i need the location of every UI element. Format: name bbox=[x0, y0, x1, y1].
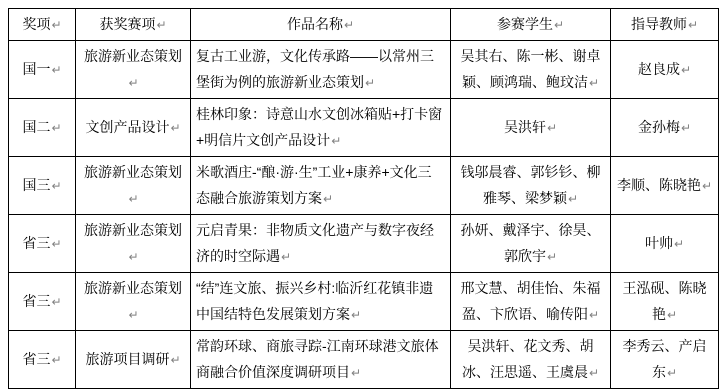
paragraph-mark-icon: ↵ bbox=[589, 76, 599, 90]
cell-work: 桂林印象：诗意山水文创冰箱贴+打卡窗+明信片文创产品设计↵ bbox=[191, 99, 451, 157]
cell-award: 省三↵ bbox=[9, 273, 76, 331]
cell-work: “结”连文旅、振兴乡村:临沂红花镇非遗中国结特色发展策划方案↵ bbox=[191, 273, 451, 331]
cell-event: 旅游新业态策划↵ bbox=[76, 215, 191, 273]
cell-students: 吴洪轩、花文秀、胡冰、汪思遥、王虞晨↵ bbox=[451, 331, 611, 366]
paragraph-mark-icon: ↵ bbox=[351, 308, 361, 322]
cell-students: 孙妍、戴泽宇、徐昊、郭欣宇↵ bbox=[451, 215, 611, 273]
award-text: 省三 bbox=[22, 293, 50, 309]
cell-teachers: 李秀云、产启东↵ bbox=[611, 331, 719, 366]
cell-work: 元启青果：非物质文化遗产与数字夜经济的时空际遇↵ bbox=[191, 215, 451, 273]
paragraph-mark-icon: ↵ bbox=[365, 76, 375, 90]
students-text: 钱邬晨睿、郭钐钐、柳雅琴、梁梦颖 bbox=[461, 164, 601, 206]
teachers-text: 王泓砚、陈晓艳 bbox=[623, 280, 707, 322]
teachers-text: 赵良成 bbox=[638, 61, 680, 77]
cell-teachers: 李顺、陈晓艳↵ bbox=[611, 157, 719, 215]
paragraph-mark-icon: ↵ bbox=[170, 121, 180, 135]
work-text: 常韵环球、商旅寻踪-江南环球港文旅体商融合价值深度调研项目 bbox=[196, 338, 439, 365]
header-label: 参赛学生 bbox=[497, 16, 553, 32]
table-row: 省三↵ 旅游新业态策划↵ “结”连文旅、振兴乡村:临沂红花镇非遗中国结特色发展策… bbox=[9, 273, 719, 331]
cell-teachers: 赵良成↵ bbox=[611, 41, 719, 99]
work-text: 桂林印象：诗意山水文创冰箱贴+打卡窗+明信片文创产品设计 bbox=[196, 106, 442, 148]
cell-award: 省三↵ bbox=[9, 331, 76, 366]
paragraph-mark-icon: ↵ bbox=[331, 134, 341, 148]
award-text: 国二 bbox=[22, 119, 50, 135]
header-cell-event: 获奖赛项↵ bbox=[76, 9, 191, 41]
cell-students: 钱邬晨睿、郭钐钐、柳雅琴、梁梦颖↵ bbox=[451, 157, 611, 215]
students-text: 吴洪轩、花文秀、胡冰、汪思遥、王虞晨 bbox=[462, 338, 594, 365]
cell-award: 国三↵ bbox=[9, 157, 76, 215]
paragraph-mark-icon: ↵ bbox=[51, 18, 61, 32]
teachers-text: 李秀云、产启东 bbox=[623, 338, 707, 365]
cell-teachers: 金孙梅↵ bbox=[611, 99, 719, 157]
cell-students: 吴洪轩↵ bbox=[451, 99, 611, 157]
paragraph-mark-icon: ↵ bbox=[681, 63, 691, 77]
table-row: 国二↵ 文创产品设计↵ 桂林印象：诗意山水文创冰箱贴+打卡窗+明信片文创产品设计… bbox=[9, 99, 719, 157]
students-text: 吴其右、陈一彬、谢卓颖、顾鸿瑞、鲍玟洁 bbox=[461, 48, 601, 90]
header-cell-students: 参赛学生↵ bbox=[451, 9, 611, 41]
students-text: 邢文慧、胡佳怡、朱福盈、卞欣语、喻传阳 bbox=[461, 280, 601, 322]
paragraph-mark-icon: ↵ bbox=[547, 250, 557, 264]
paragraph-mark-icon: ↵ bbox=[568, 192, 578, 206]
paragraph-mark-icon: ↵ bbox=[128, 192, 138, 206]
paragraph-mark-icon: ↵ bbox=[554, 18, 564, 32]
paragraph-mark-icon: ↵ bbox=[688, 18, 698, 32]
header-label: 奖项 bbox=[22, 16, 50, 32]
students-text: 孙妍、戴泽宇、徐昊、郭欣宇 bbox=[461, 222, 601, 264]
paragraph-mark-icon: ↵ bbox=[702, 179, 712, 193]
cell-teachers: 王泓砚、陈晓艳↵ bbox=[611, 273, 719, 331]
cell-work: 复古工业游，文化传承路——以常州三堡街为例的旅游新业态策划↵ bbox=[191, 41, 451, 99]
paragraph-mark-icon: ↵ bbox=[51, 121, 61, 135]
award-text: 省三 bbox=[22, 235, 50, 251]
paragraph-mark-icon: ↵ bbox=[128, 76, 138, 90]
cell-award: 国二↵ bbox=[9, 99, 76, 157]
event-text: 旅游新业态策划 bbox=[84, 164, 182, 180]
students-text: 吴洪轩 bbox=[504, 119, 546, 135]
work-text: 元启青果：非物质文化遗产与数字夜经济的时空际遇 bbox=[196, 222, 434, 264]
paragraph-mark-icon: ↵ bbox=[667, 308, 677, 322]
paragraph-mark-icon: ↵ bbox=[344, 18, 354, 32]
paragraph-mark-icon: ↵ bbox=[128, 308, 138, 322]
header-cell-work: 作品名称↵ bbox=[191, 9, 451, 41]
cell-work: 米歌酒庄-“酿·游·生”工业+康养+文化三态融合旅游策划方案↵ bbox=[191, 157, 451, 215]
header-label: 获奖赛项 bbox=[99, 16, 155, 32]
paragraph-mark-icon: ↵ bbox=[51, 295, 61, 309]
event-text: 旅游新业态策划 bbox=[84, 280, 182, 296]
awards-table: 奖项↵ 获奖赛项↵ 作品名称↵ 参赛学生↵ 指导教师↵ 国一↵ 旅游新业态策划↵… bbox=[8, 8, 719, 365]
event-text: 旅游新业态策划 bbox=[84, 222, 182, 238]
cell-work: 常韵环球、商旅寻踪-江南环球港文旅体商融合价值深度调研项目↵ bbox=[191, 331, 451, 366]
header-cell-teachers: 指导教师↵ bbox=[611, 9, 719, 41]
cell-award: 省三↵ bbox=[9, 215, 76, 273]
paragraph-mark-icon: ↵ bbox=[674, 237, 684, 251]
paragraph-mark-icon: ↵ bbox=[281, 250, 291, 264]
header-cell-award: 奖项↵ bbox=[9, 9, 76, 41]
paragraph-mark-icon: ↵ bbox=[51, 237, 61, 251]
event-text: 旅游新业态策划 bbox=[84, 48, 182, 64]
work-text: “结”连文旅、振兴乡村:临沂红花镇非遗中国结特色发展策划方案 bbox=[196, 280, 433, 322]
teachers-text: 金孙梅 bbox=[638, 119, 680, 135]
header-label: 作品名称 bbox=[287, 16, 343, 32]
paragraph-mark-icon: ↵ bbox=[323, 192, 333, 206]
table-row: 省三↵ 旅游项目调研↵ 常韵环球、商旅寻踪-江南环球港文旅体商融合价值深度调研项… bbox=[9, 331, 719, 366]
paragraph-mark-icon: ↵ bbox=[170, 353, 180, 365]
header-label: 指导教师 bbox=[631, 16, 687, 32]
paragraph-mark-icon: ↵ bbox=[156, 18, 166, 32]
cell-event: 旅游新业态策划↵ bbox=[76, 157, 191, 215]
table-header-row: 奖项↵ 获奖赛项↵ 作品名称↵ 参赛学生↵ 指导教师↵ bbox=[9, 9, 719, 41]
cell-teachers: 叶帅↵ bbox=[611, 215, 719, 273]
event-text: 文创产品设计 bbox=[85, 119, 169, 135]
paragraph-mark-icon: ↵ bbox=[51, 179, 61, 193]
work-text: 米歌酒庄-“酿·游·生”工业+康养+文化三态融合旅游策划方案 bbox=[196, 164, 432, 206]
paragraph-mark-icon: ↵ bbox=[681, 121, 691, 135]
award-text: 国一 bbox=[22, 61, 50, 77]
table-row: 省三↵ 旅游新业态策划↵ 元启青果：非物质文化遗产与数字夜经济的时空际遇↵ 孙妍… bbox=[9, 215, 719, 273]
cell-students: 邢文慧、胡佳怡、朱福盈、卞欣语、喻传阳↵ bbox=[451, 273, 611, 331]
paragraph-mark-icon: ↵ bbox=[51, 353, 61, 365]
table-row: 国一↵ 旅游新业态策划↵ 复古工业游，文化传承路——以常州三堡街为例的旅游新业态… bbox=[9, 41, 719, 99]
cell-event: 旅游新业态策划↵ bbox=[76, 41, 191, 99]
paragraph-mark-icon: ↵ bbox=[128, 250, 138, 264]
paragraph-mark-icon: ↵ bbox=[589, 308, 599, 322]
cell-event: 旅游新业态策划↵ bbox=[76, 273, 191, 331]
event-text: 旅游项目调研 bbox=[85, 351, 169, 365]
paragraph-mark-icon: ↵ bbox=[547, 121, 557, 135]
award-text: 省三 bbox=[22, 351, 50, 365]
paragraph-mark-icon: ↵ bbox=[51, 63, 61, 77]
cell-event: 旅游项目调研↵ bbox=[76, 331, 191, 366]
cell-event: 文创产品设计↵ bbox=[76, 99, 191, 157]
cell-award: 国一↵ bbox=[9, 41, 76, 99]
award-text: 国三 bbox=[22, 177, 50, 193]
teachers-text: 李顺、陈晓艳 bbox=[617, 177, 701, 193]
table-row: 国三↵ 旅游新业态策划↵ 米歌酒庄-“酿·游·生”工业+康养+文化三态融合旅游策… bbox=[9, 157, 719, 215]
work-text: 复古工业游，文化传承路——以常州三堡街为例的旅游新业态策划 bbox=[196, 48, 434, 90]
cell-students: 吴其右、陈一彬、谢卓颖、顾鸿瑞、鲍玟洁↵ bbox=[451, 41, 611, 99]
teachers-text: 叶帅 bbox=[645, 235, 673, 251]
